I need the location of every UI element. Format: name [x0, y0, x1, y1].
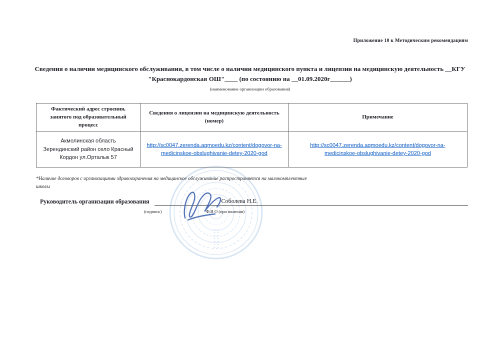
license-link[interactable]: http://sc0047.zerenda.aqmoedu.kz/content… [147, 142, 282, 156]
appendix-note: Приложение 10 к Методическим рекомендаци… [353, 38, 468, 44]
title-caption: (наименование организации образования) [0, 87, 500, 92]
trailing-blank-line [261, 197, 468, 206]
document-title: Сведения о наличии медицинского обслужив… [33, 64, 467, 84]
address-cell: Акмолинская область Зерендинский район с… [36, 132, 140, 168]
footnote: *Наличие договоров с организациями здрав… [36, 175, 316, 191]
signature-label: Руководитель организации образования [40, 198, 154, 206]
col-header-address: Фактический адрес строения, занятого под… [36, 103, 140, 132]
table-header-row: Фактический адрес строения, занятого под… [36, 103, 467, 132]
signature-row: Руководитель организации образования Соб… [40, 197, 468, 206]
medical-service-table: Фактический адрес строения, занятого под… [36, 103, 468, 168]
document-page: Приложение 10 к Методическим рекомендаци… [0, 0, 500, 363]
handwritten-signature-icon [178, 185, 234, 226]
license-cell: http://sc0047.zerenda.aqmoedu.kz/content… [140, 132, 288, 168]
col-header-license: Сведения о лицензии на медицинскую деяте… [140, 103, 288, 132]
signature-caption: (подпись) [144, 209, 162, 214]
col-header-note: Примечание [288, 103, 467, 132]
table-row: Акмолинская область Зерендинский район с… [36, 132, 467, 168]
document-viewport: Приложение 10 к Методическим рекомендаци… [0, 0, 500, 363]
note-link[interactable]: http://sc0047.zerenda.aqmoedu.kz/content… [310, 142, 445, 156]
note-cell: http://sc0047.zerenda.aqmoedu.kz/content… [288, 132, 467, 168]
